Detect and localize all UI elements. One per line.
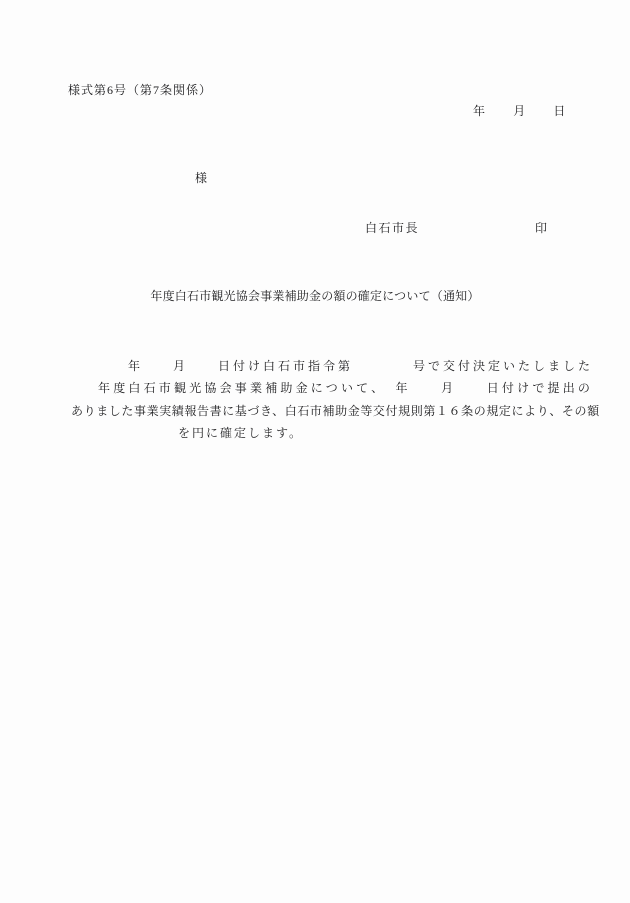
body-line: 年度白石市観光協会事業補助金について、 年 月 日付けで提出の <box>98 381 593 395</box>
document-page: 様式第6号（第7条関係） 年 月 日 様 白石市長 印 年度白石市観光協会事業補… <box>0 0 630 903</box>
document-title: 年度白石市観光協会事業補助金の額の確定について（通知） <box>0 289 630 303</box>
seal-placeholder: 印 <box>535 221 547 235</box>
date-blank-line: 年 月 日 <box>473 104 567 118</box>
sender-title: 白石市長 <box>365 221 419 235</box>
body-line: 年 月 日付け白石市指令第 号で交付決定いたしました <box>128 359 593 373</box>
form-number: 様式第6号（第7条関係） <box>68 83 212 97</box>
body-line: ありました事業実績報告書に基づき、白石市補助金等交付規則第１６条の規定により、そ… <box>71 404 600 418</box>
body-line: を円に確定します。 <box>178 426 303 440</box>
addressee-honorific: 様 <box>195 171 208 185</box>
